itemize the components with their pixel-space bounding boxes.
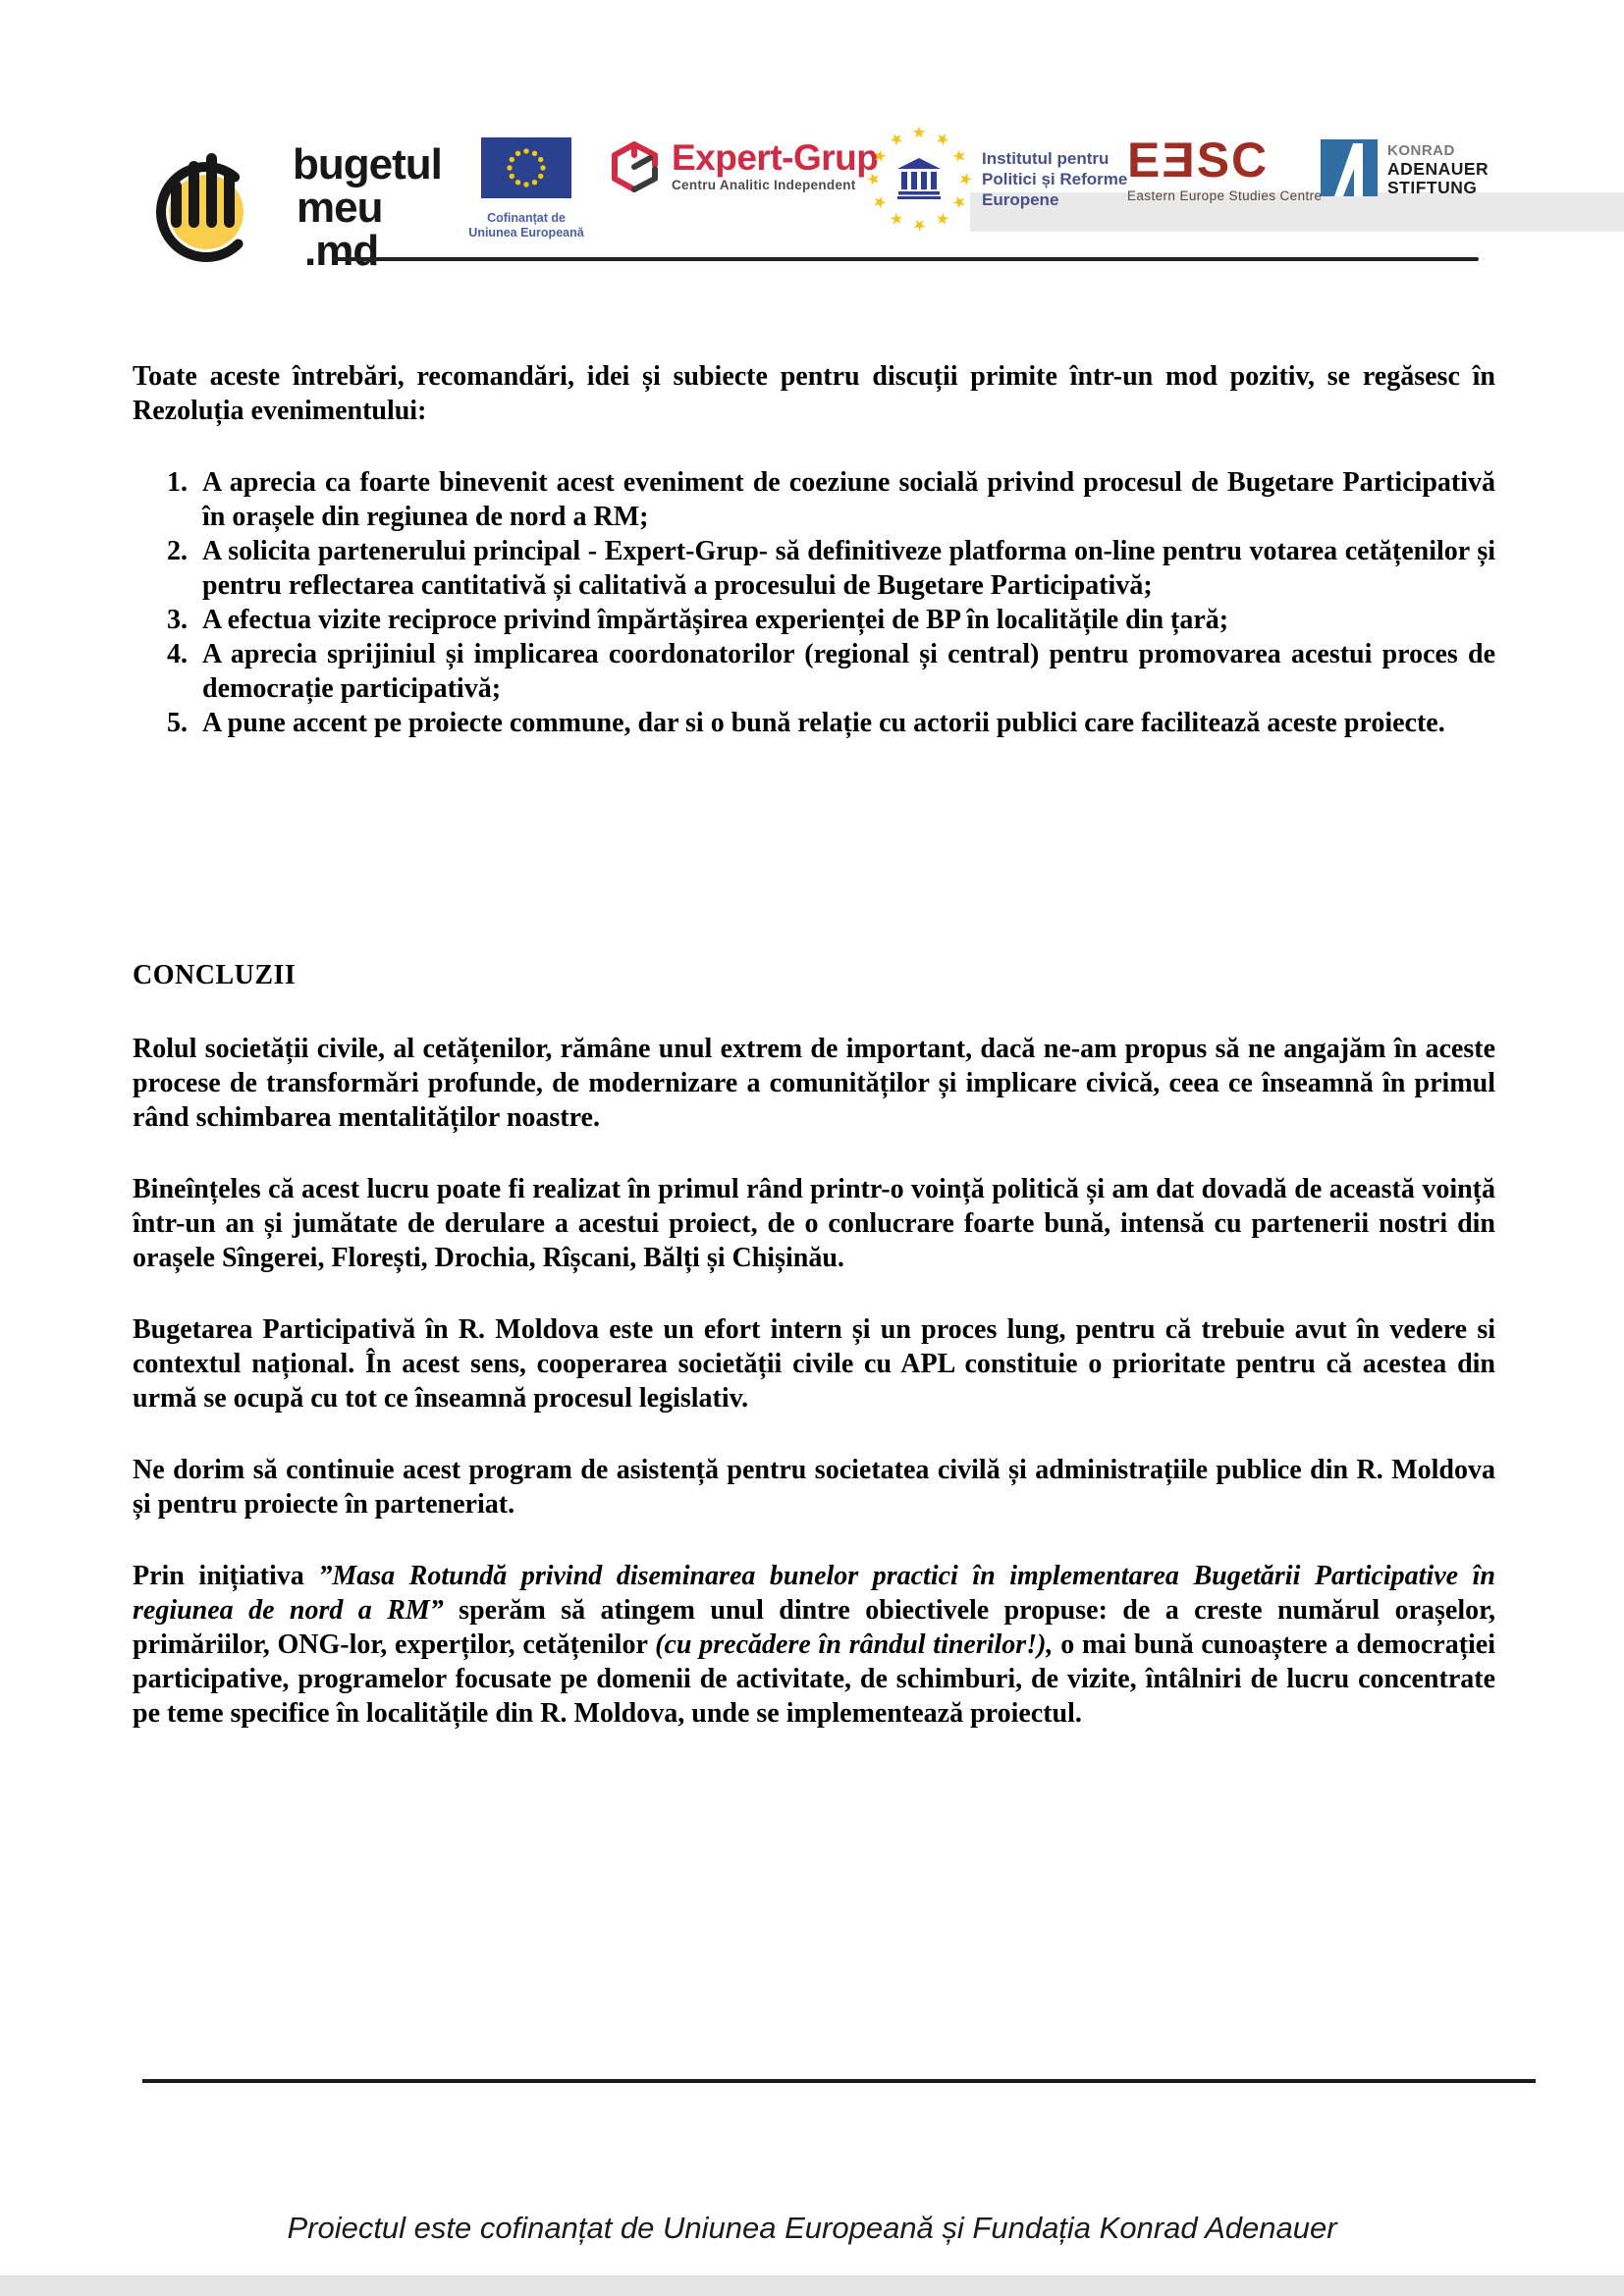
list-item: 3. A efectua vizite reciproce privind îm…: [167, 603, 1495, 637]
conclusion-paragraph-5: Prin inițiativa ”Masa Rotundă privind di…: [133, 1559, 1495, 1731]
conclusion-paragraph-3: Bugetarea Participativă în R. Moldova es…: [133, 1312, 1495, 1415]
document-body: Toate aceste întrebări, recomandări, ide…: [133, 359, 1495, 1731]
kas-wordmark: KONRAD ADENAUER STIFTUNG: [1387, 141, 1489, 197]
document-page: bugetul meu .md: [0, 0, 1624, 2296]
ipre-line3: Europene: [982, 189, 1127, 210]
ipre-emblem-icon: [864, 126, 974, 232]
para5-segment: Prin inițiativa: [133, 1561, 318, 1591]
eu-caption-line1: Cofinanțat de: [451, 211, 602, 226]
ipre-logo: Institutul pentru Politici și Reforme Eu…: [864, 126, 1127, 232]
expertgrup-wordmark: Expert-Grup Centru Analitic Independent: [672, 139, 878, 192]
header-divider-line: [332, 257, 1479, 261]
list-item-number: 5.: [167, 706, 202, 740]
list-item-number: 1.: [167, 465, 202, 534]
eesc-acronym: EƎSC: [1127, 135, 1322, 185]
eu-caption: Cofinanțat de Uniunea Europeană: [451, 211, 602, 240]
expertgrup-tagline: Centru Analitic Independent: [672, 178, 878, 192]
kas-line3: STIFTUNG: [1387, 179, 1489, 197]
footer-divider-line: [142, 2079, 1536, 2083]
list-item-text: A efectua vizite reciproce privind împăr…: [202, 603, 1495, 637]
list-item-text: A aprecia ca foarte binevenit acest even…: [202, 465, 1495, 534]
eesc-logo: EƎSC Eastern Europe Studies Centre: [1127, 135, 1322, 203]
header-logo-strip: bugetul meu .md: [0, 0, 1624, 294]
ipre-line2: Politici și Reforme: [982, 169, 1127, 189]
bugetulmeu-line3: .md: [293, 230, 442, 273]
eu-caption-line2: Uniunea Europeană: [451, 226, 602, 240]
bugetulmeu-wordmark: bugetul meu .md: [293, 143, 442, 273]
eesc-tagline: Eastern Europe Studies Centre: [1127, 188, 1322, 203]
eu-cofunding-logo: Cofinanțat de Uniunea Europeană: [481, 137, 571, 240]
kas-logo: KONRAD ADENAUER STIFTUNG: [1321, 139, 1489, 201]
conclusion-paragraph-1: Rolul societății civile, al cetățenilor,…: [133, 1032, 1495, 1135]
concluzii-heading: CONCLUZII: [133, 958, 1495, 992]
expertgrup-name: Expert-Grup: [672, 139, 878, 177]
list-item-number: 3.: [167, 603, 202, 637]
ipre-building-icon: [897, 158, 941, 204]
list-item-number: 4.: [167, 637, 202, 706]
expertgrup-logo: Expert-Grup Centru Analitic Independent: [607, 139, 878, 199]
para5-emphasis: (cu precădere în rândul tinerilor!),: [655, 1629, 1053, 1660]
ipre-wordmark: Institutul pentru Politici și Reforme Eu…: [982, 148, 1127, 210]
expertgrup-cube-icon: [607, 139, 662, 199]
intro-paragraph: Toate aceste întrebări, recomandări, ide…: [133, 359, 1495, 428]
list-item: 5. A pune accent pe proiecte commune, da…: [167, 706, 1495, 740]
list-item: 4. A aprecia sprijiniul și implicarea co…: [167, 637, 1495, 706]
list-item-text: A solicita partenerului principal - Expe…: [202, 534, 1495, 603]
list-item-text: A pune accent pe proiecte commune, dar s…: [202, 706, 1495, 740]
list-item: 1. A aprecia ca foarte binevenit acest e…: [167, 465, 1495, 534]
resolution-list: 1. A aprecia ca foarte binevenit acest e…: [133, 465, 1495, 740]
kas-square-icon: [1321, 139, 1378, 201]
scan-artifact-bottom: [0, 2275, 1624, 2296]
list-item: 2. A solicita partenerului principal - E…: [167, 534, 1495, 603]
bugetulmeu-line2: meu: [293, 187, 442, 230]
bugetulmeu-line1: bugetul: [293, 143, 442, 187]
list-item-number: 2.: [167, 534, 202, 603]
kas-line2: ADENAUER: [1387, 160, 1489, 179]
conclusion-paragraph-4: Ne dorim să continuie acest program de a…: [133, 1453, 1495, 1522]
bugetulmeu-logo: bugetul meu .md: [145, 137, 442, 273]
eu-flag-icon: [481, 186, 571, 202]
footer-cofunding-note: Proiectul este cofinanțat de Uniunea Eur…: [0, 2211, 1624, 2246]
hand-budget-icon: [145, 137, 283, 268]
list-item-text: A aprecia sprijiniul și implicarea coord…: [202, 637, 1495, 706]
conclusion-paragraph-2: Bineînțeles că acest lucru poate fi real…: [133, 1172, 1495, 1275]
kas-line1: KONRAD: [1387, 141, 1489, 160]
ipre-line1: Institutul pentru: [982, 148, 1127, 169]
